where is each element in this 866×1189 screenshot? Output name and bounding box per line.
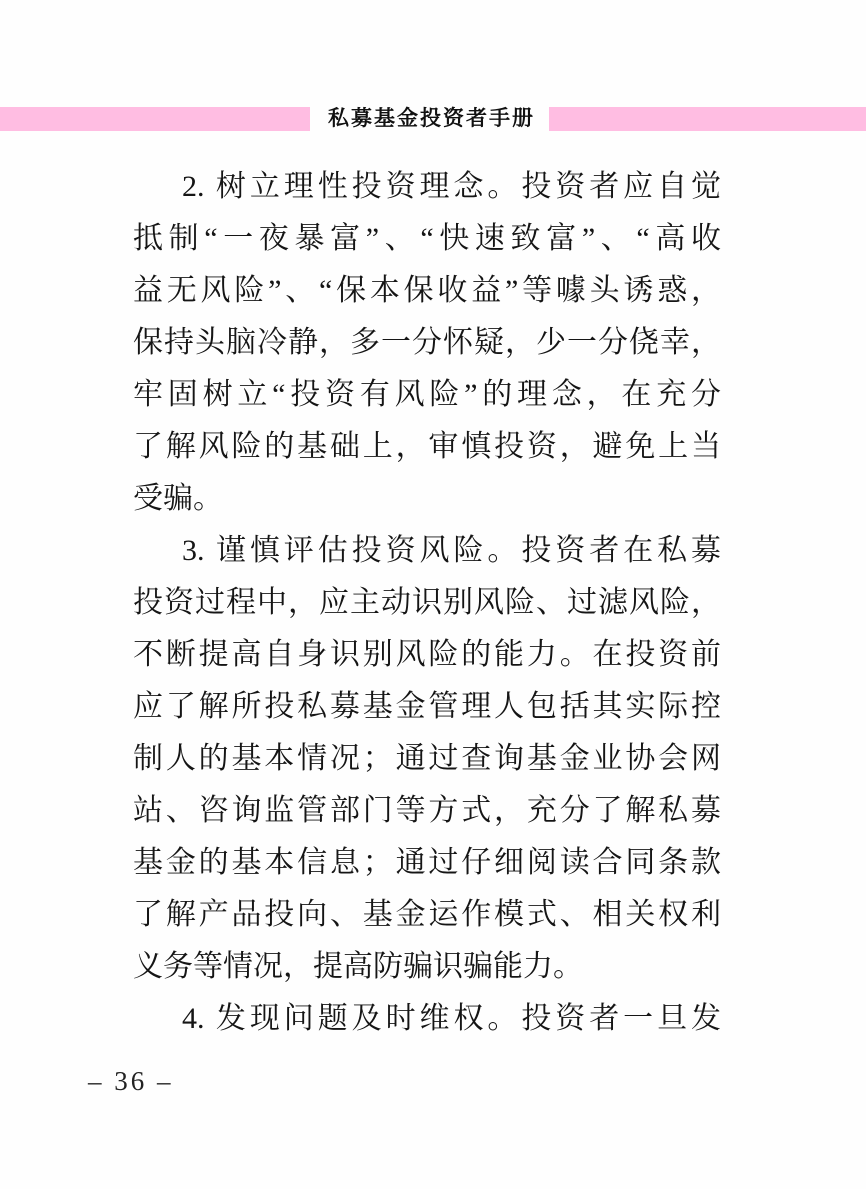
text-line: 保持头脑冷静，多一分怀疑，少一分侥幸， — [133, 317, 721, 369]
text-line: 投资过程中，应主动识别风险、过滤风险， — [133, 577, 721, 629]
header-title: 私募基金投资者手册 — [328, 107, 535, 131]
page-number: – 36 – — [88, 1066, 174, 1097]
page-header: 私募基金投资者手册 — [0, 107, 866, 131]
text-line: 了解风险的基础上，审慎投资，避免上当 — [133, 421, 721, 473]
document-page: 私募基金投资者手册 2. 树立理性投资理念。投资者应自觉抵制“一夜暴富”、“快速… — [0, 0, 866, 1189]
text-line: 抵制“一夜暴富”、“快速致富”、“高收 — [133, 213, 721, 265]
header-bar-left — [0, 107, 310, 131]
text-line: 应了解所投私募基金管理人包括其实际控 — [133, 681, 721, 733]
text-line: 了解产品投向、基金运作模式、相关权利 — [133, 889, 721, 941]
text-line: 站、咨询监管部门等方式，充分了解私募 — [133, 785, 721, 837]
text-line: 3. 谨慎评估投资风险。投资者在私募 — [133, 525, 721, 577]
text-line: 不断提高自身识别风险的能力。在投资前 — [133, 629, 721, 681]
text-line: 基金的基本信息；通过仔细阅读合同条款 — [133, 837, 721, 889]
paragraph: 3. 谨慎评估投资风险。投资者在私募投资过程中，应主动识别风险、过滤风险，不断提… — [133, 525, 721, 993]
paragraph: 4. 发现问题及时维权。投资者一旦发 — [133, 993, 721, 1045]
page-body: 2. 树立理性投资理念。投资者应自觉抵制“一夜暴富”、“快速致富”、“高收益无风… — [133, 161, 721, 1045]
text-line: 牢固树立“投资有风险”的理念，在充分 — [133, 369, 721, 421]
text-line: 义务等情况，提高防骗识骗能力。 — [133, 941, 721, 993]
text-line: 益无风险”、“保本保收益”等噱头诱惑， — [133, 265, 721, 317]
text-line: 2. 树立理性投资理念。投资者应自觉 — [133, 161, 721, 213]
text-line: 受骗。 — [133, 473, 721, 525]
text-line: 制人的基本情况；通过查询基金业协会网 — [133, 733, 721, 785]
paragraph: 2. 树立理性投资理念。投资者应自觉抵制“一夜暴富”、“快速致富”、“高收益无风… — [133, 161, 721, 525]
text-line: 4. 发现问题及时维权。投资者一旦发 — [133, 993, 721, 1045]
header-bar-right — [549, 107, 866, 131]
